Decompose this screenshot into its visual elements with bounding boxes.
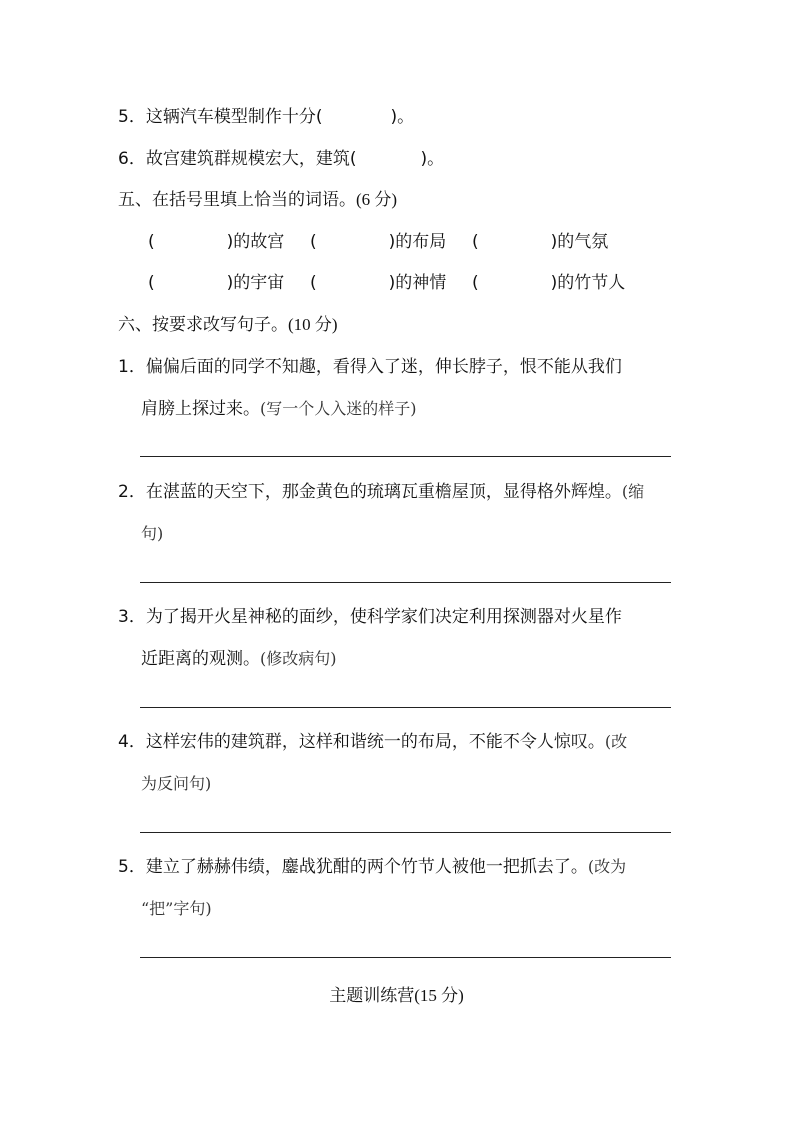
- answer-line[interactable]: [140, 456, 671, 457]
- fill-item: ()的神情: [310, 272, 446, 294]
- open-paren: (: [148, 273, 155, 293]
- question-close: )。: [420, 149, 444, 169]
- question-text: 在湛蓝的天空下，那金黄色的琉璃瓦重檐屋顶，显得格外辉煌。: [146, 482, 622, 502]
- question-instruction: (改为: [588, 857, 626, 876]
- question-text: 这辆汽车模型制作十分(: [146, 107, 323, 127]
- question-instruction: (缩: [622, 482, 644, 501]
- question-text: 偏偏后面的同学不知趣，看得入了迷，伸长脖子，恨不能从我们: [146, 357, 622, 377]
- question-number: 6．: [118, 149, 146, 169]
- fill-item: ()的故宫: [148, 231, 284, 253]
- question-number: 3．: [118, 607, 146, 627]
- fill-label: )的宇宙: [227, 273, 285, 293]
- open-paren: (: [310, 232, 317, 252]
- fill-label: )的神情: [389, 273, 447, 293]
- section-score: (10 分): [288, 315, 338, 334]
- question-6-2-line2: 句): [141, 523, 163, 545]
- question-6-5-line1: 5．建立了赫赫伟绩，鏖战犹酣的两个竹节人被他一把抓去了。(改为: [118, 856, 626, 878]
- answer-line[interactable]: [140, 707, 671, 708]
- section-6-heading: 六、按要求改写句子。(10 分): [118, 314, 338, 336]
- question-6-3-line2: 近距离的观测。(修改病句): [141, 648, 337, 670]
- question-6-1-line2: 肩膀上探过来。(写一个人入迷的样子): [141, 398, 417, 420]
- section-title: 主题训练营: [329, 986, 414, 1006]
- fill-item: ()的宇宙: [148, 272, 284, 294]
- question-text: 这样宏伟的建筑群，这样和谐统一的布局，不能不令人惊叹。: [146, 732, 605, 752]
- question-4-5: 5．这辆汽车模型制作十分()。: [118, 106, 414, 128]
- section-title: 六、按要求改写句子。: [118, 315, 288, 335]
- question-instruction: (写一个人入迷的样子): [260, 399, 417, 418]
- question-6-2-line1: 2．在湛蓝的天空下，那金黄色的琉璃瓦重檐屋顶，显得格外辉煌。(缩: [118, 481, 644, 503]
- question-number: 5．: [118, 107, 146, 127]
- section-title: 五、在括号里填上恰当的词语。: [118, 190, 356, 210]
- question-4-6: 6．故宫建筑群规模宏大，建筑()。: [118, 148, 444, 170]
- question-6-3-line1: 3．为了揭开火星神秘的面纱，使科学家们决定利用探测器对火星作: [118, 606, 622, 628]
- question-instruction: “把”字句): [141, 899, 212, 918]
- section-score: (15 分): [414, 986, 464, 1005]
- open-paren: (: [472, 273, 479, 293]
- question-instruction: 为反问句): [141, 774, 211, 793]
- section-5-heading: 五、在括号里填上恰当的词语。(6 分): [118, 189, 397, 211]
- answer-line[interactable]: [140, 832, 671, 833]
- question-number: 4．: [118, 732, 146, 752]
- section-score: (6 分): [356, 190, 397, 209]
- fill-item: ()的竹节人: [472, 272, 625, 294]
- question-number: 2．: [118, 482, 146, 502]
- question-number: 1．: [118, 357, 146, 377]
- open-paren: (: [472, 232, 479, 252]
- question-instruction: (修改病句): [260, 649, 337, 668]
- open-paren: (: [310, 273, 317, 293]
- fill-item: ()的布局: [310, 231, 446, 253]
- question-6-4-line2: 为反问句): [141, 773, 211, 795]
- answer-line[interactable]: [140, 582, 671, 583]
- fill-label: )的故宫: [227, 232, 285, 252]
- question-close: )。: [390, 107, 414, 127]
- question-text: 肩膀上探过来。: [141, 399, 260, 419]
- question-number: 5．: [118, 857, 146, 877]
- question-6-4-line1: 4．这样宏伟的建筑群，这样和谐统一的布局，不能不令人惊叹。(改: [118, 731, 627, 753]
- fill-label: )的气氛: [551, 232, 609, 252]
- fill-item: ()的气氛: [472, 231, 608, 253]
- question-text: 为了揭开火星神秘的面纱，使科学家们决定利用探测器对火星作: [146, 607, 622, 627]
- question-6-1-line1: 1．偏偏后面的同学不知趣，看得入了迷，伸长脖子，恨不能从我们: [118, 356, 622, 378]
- question-instruction: (改: [605, 732, 627, 751]
- question-instruction: 句): [141, 524, 163, 543]
- fill-label: )的布局: [389, 232, 447, 252]
- fill-label: )的竹节人: [551, 273, 626, 293]
- question-6-5-line2: “把”字句): [141, 898, 212, 920]
- answer-line[interactable]: [140, 957, 671, 958]
- next-section-heading: 主题训练营(15 分): [0, 981, 793, 1006]
- question-text: 近距离的观测。: [141, 649, 260, 669]
- question-text: 故宫建筑群规模宏大，建筑(: [146, 149, 357, 169]
- open-paren: (: [148, 232, 155, 252]
- question-text: 建立了赫赫伟绩，鏖战犹酣的两个竹节人被他一把抓去了。: [146, 857, 588, 877]
